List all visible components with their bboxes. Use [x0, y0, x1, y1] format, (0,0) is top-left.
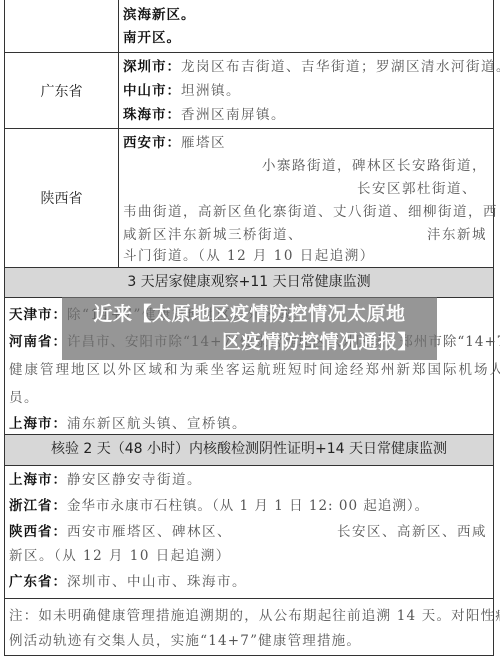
- region-line: 广东省：深圳市、中山市、珠海市。: [9, 571, 487, 593]
- region-line: 员。: [9, 387, 487, 409]
- street-line: 韦曲街道，高新区鱼化寨街道、丈八街道、细柳街道，西: [123, 201, 487, 223]
- province-name: 广东省: [5, 53, 119, 128]
- city-line: 深圳市：龙岗区布吉街道、吉华街道；罗湖区清水河街道。: [123, 56, 487, 78]
- note-line: 注：如未明确健康管理措施追溯期的，从公布期起往前追溯 14 天。对阳性病: [9, 605, 493, 627]
- tianjin-continued-row: 滨海新区。 南开区。: [5, 0, 493, 52]
- region-line-right: 长安区、高新区、西咸: [9, 521, 487, 543]
- section-header-nucleic-acid-test: 核验 2 天（48 小时）内核酸检测阴性证明+14 天日常健康监测: [5, 434, 493, 466]
- region-line: 新区。（从 12 月 10 日起追溯）: [9, 545, 487, 567]
- street-line: 长安区郭杜街道、: [123, 178, 487, 200]
- note-row: 注：如未明确健康管理措施追溯期的，从公布期起往前追溯 14 天。对阳性病 例活动…: [5, 598, 493, 656]
- province-cell-empty: [5, 0, 119, 52]
- note-line: 例活动轨迹有交集人员，实施“14+7”健康管理措施。: [9, 630, 493, 652]
- guangdong-row: 广东省 深圳市：龙岗区布吉街道、吉华街道；罗湖区清水河街道。 中山市：坦洲镇。 …: [5, 52, 493, 128]
- overlay-title-line2: 区疫情防控情况通报】: [142, 329, 437, 355]
- section2-body: 上海市：静安区静安寺街道。 浙江省：金华市永康市石柱镇。（从 1 月 1 日 1…: [9, 466, 487, 592]
- region-line: 上海市：浦东新区航头镇、宣桥镇。: [9, 413, 487, 435]
- street-line: 沣东新城: [123, 224, 487, 246]
- street-line: 斗门街道。（从 12 月 10 日起追溯）: [123, 245, 487, 267]
- region-line: 健康管理地区以外区域和为乘坐客运航班短时间途经郑州新郑国际机场人: [9, 359, 487, 381]
- shaanxi-row: 陕西省 西安市：雁塔区 小寨路街道，碑林区长安路街道， 长安区郭杜街道、 韦曲街…: [5, 128, 493, 267]
- city-line: 中山市：坦洲镇。: [123, 80, 487, 102]
- city-line: 珠海市：香洲区南屏镇。: [123, 104, 487, 126]
- district-line: 南开区。: [123, 27, 487, 49]
- section-header-home-observation: 3 天居家健康观察+11 天日常健康监测: [5, 267, 493, 298]
- province-name: 陕西省: [5, 129, 119, 267]
- city-line: 西安市：雁塔区: [123, 132, 487, 154]
- region-line: 上海市：静安区静安寺街道。: [9, 469, 487, 491]
- street-line: 小寨路街道，碑林区长安路街道，: [123, 155, 487, 177]
- title-overlay-banner: 近来【太原地区疫情防控情况太原地 区疫情防控情况通报】: [62, 297, 437, 360]
- district-line: 滨海新区。: [123, 4, 487, 26]
- overlay-title-line1: 近来【太原地区疫情防控情况太原地: [62, 301, 437, 327]
- region-line: 浙江省：金华市永康市石柱镇。（从 1 月 1 日 12: 00 起追溯）。: [9, 495, 487, 517]
